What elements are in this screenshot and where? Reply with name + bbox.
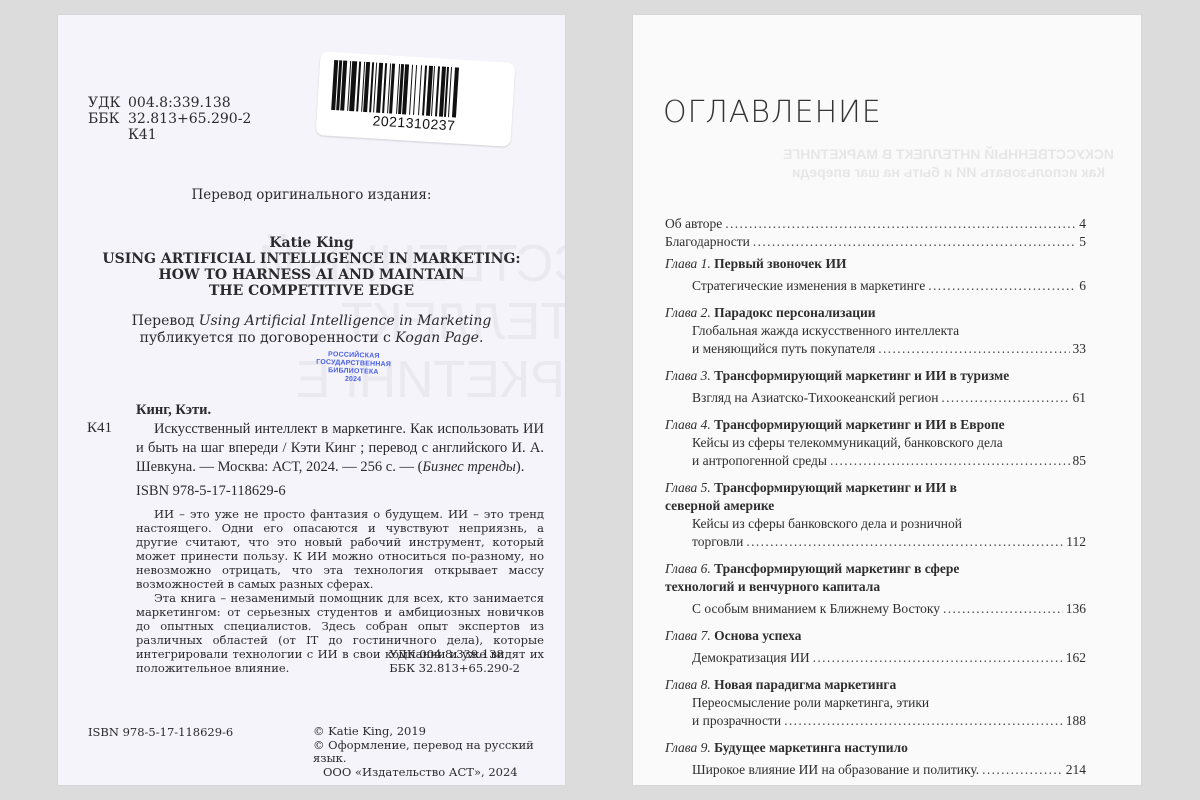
toc-chapter: Глава 8. Новая парадигма маркетингаПерео…	[665, 676, 1086, 730]
toc-entry[interactable]: и меняющийся путь покупателя33	[692, 340, 1086, 358]
toc-chapter: Глава 4. Трансформирующий маркетинг и ИИ…	[665, 416, 1086, 470]
original-title: USING ARTIFICIAL INTELLIGENCE IN MARKETI…	[58, 251, 565, 299]
library-stamp: РОССИЙСКАЯ ГОСУДАРСТВЕННАЯ БИБЛИОТЕКА 20…	[315, 351, 391, 386]
toc-entry-title: торговли	[692, 533, 743, 551]
toc-entry-title: и меняющийся путь покупателя	[692, 340, 875, 358]
toc-page-number: 136	[1066, 600, 1086, 618]
toc-entry[interactable]: торговли112	[692, 533, 1086, 551]
toc-chapter: Глава 7. Основа успехаДемократизация ИИ1…	[665, 627, 1086, 667]
ghost-line: ИСКУССТВЕННЫЙ ИНТЕЛЛЕКТ В МАРКЕТИНГЕ	[783, 145, 1114, 163]
bbk-value: 32.813+65.290-2	[128, 111, 251, 127]
chapter-number: Глава 7.	[665, 628, 711, 643]
dot-leader	[753, 233, 1076, 251]
bottom-bbk: ББК 32.813+65.290-2	[389, 661, 520, 675]
chapter-subtitle: С особым вниманием к Ближнему Востоку136	[665, 600, 1086, 618]
chapter-number: Глава 1.	[665, 256, 711, 271]
chapter-heading[interactable]: Глава 2. Парадокс персонализации	[665, 304, 1086, 322]
chapter-heading[interactable]: Глава 7. Основа успеха	[665, 627, 1086, 645]
chapter-title: Трансформирующий маркетинг и ИИ в Европе	[714, 417, 1004, 432]
chapter-heading[interactable]: Глава 9. Будущее маркетинга наступило	[665, 739, 1086, 757]
chapter-heading[interactable]: Глава 3. Трансформирующий маркетинг и ИИ…	[665, 367, 1086, 385]
chapter-heading[interactable]: Глава 8. Новая парадигма маркетинга	[665, 676, 1086, 694]
original-edition-label: Перевод оригинального издания:	[58, 187, 565, 203]
copyright-line: © Katie King, 2019	[313, 725, 565, 739]
chapter-number: Глава 4.	[665, 417, 711, 432]
copyright-line: © Оформление, перевод на русский язык.	[313, 739, 565, 766]
table-of-contents: Об авторе4Благодарности5Глава 1. Первый …	[665, 215, 1086, 785]
chapter-title: Будущее маркетинга наступило	[714, 740, 908, 755]
toc-entry[interactable]: Стратегические изменения в маркетинге6	[692, 277, 1086, 295]
note-publisher: Kogan Page	[395, 330, 479, 346]
bbk-key: ББК	[88, 111, 128, 127]
toc-entry[interactable]: Благодарности5	[665, 233, 1086, 251]
copyright-page: ИСКУССТВЕННЫЙ ИНТЕЛЛЕКТ В МАРКЕТИНГЕ УДК…	[58, 15, 565, 785]
dot-leader	[784, 712, 1063, 730]
toc-page-number: 5	[1079, 233, 1086, 251]
chapter-heading[interactable]: Глава 4. Трансформирующий маркетинг и ИИ…	[665, 416, 1086, 434]
toc-page-number: 61	[1073, 389, 1087, 407]
udk-row: УДК 004.8:339.138	[88, 95, 251, 111]
toc-entry-title: Взгляд на Азиатско-Тихоокеанский регион	[692, 389, 938, 407]
dot-leader	[830, 452, 1070, 470]
bleed-through-text: ИСКУССТВЕННЫЙ ИНТЕЛЛЕКТ В МАРКЕТИНГЕ Как…	[783, 145, 1114, 181]
toc-entry-title: и прозрачности	[692, 712, 781, 730]
chapter-title: Первый звоночек ИИ	[714, 256, 846, 271]
chapter-subtitle-line: Кейсы из сферы телекоммуникаций, банковс…	[692, 434, 1086, 452]
original-title-line: HOW TO HARNESS AI AND MAINTAIN	[58, 267, 565, 283]
bottom-udk: УДК 004.8:339.138	[389, 647, 520, 661]
chapter-title: Трансформирующий маркетинг и ИИ в туризм…	[714, 368, 1009, 383]
note-text: публикуется по договоренности с	[140, 330, 396, 346]
toc-page-number: 6	[1079, 277, 1086, 295]
toc-page-number: 188	[1066, 712, 1086, 730]
chapter-subtitle: Демократизация ИИ162	[665, 649, 1086, 667]
stamp-line: 2024	[315, 375, 390, 386]
chapter-number: Глава 9.	[665, 740, 711, 755]
chapter-title: Парадокс персонализации	[714, 305, 875, 320]
chapter-title: Основа успеха	[714, 628, 801, 643]
chapter-number: Глава 5.	[665, 480, 711, 495]
toc-entry[interactable]: Широкое влияние ИИ на образование и поли…	[692, 761, 1086, 779]
udk-key: УДК	[88, 95, 128, 111]
dot-leader	[982, 761, 1063, 779]
toc-entry-title: Стратегические изменения в маркетинге	[692, 277, 925, 295]
catalog-author: Кинг, Кэти.	[136, 402, 211, 419]
toc-entry-title: Благодарности	[665, 233, 750, 251]
dot-leader	[813, 649, 1063, 667]
dot-leader	[725, 215, 1076, 233]
author-mark-row: К41	[88, 127, 251, 143]
classification-codes: УДК 004.8:339.138 ББК 32.813+65.290-2 К4…	[88, 95, 251, 143]
chapter-heading[interactable]: Глава 6. Трансформирующий маркетинг в сф…	[665, 560, 995, 596]
dot-leader	[878, 340, 1069, 358]
toc-entry[interactable]: Об авторе4	[665, 215, 1086, 233]
chapter-number: Глава 6.	[665, 561, 711, 576]
chapter-heading[interactable]: Глава 5. Трансформирующий маркетинг и ИИ…	[665, 479, 995, 515]
chapter-subtitle: Кейсы из сферы банковского дела и рознич…	[665, 515, 1086, 551]
toc-chapter: Глава 6. Трансформирующий маркетинг в сф…	[665, 560, 1086, 618]
ghost-line: Как использовать ИИ и быть на шаг вперед…	[783, 163, 1114, 181]
toc-page-number: 4	[1079, 215, 1086, 233]
chapter-subtitle: Переосмысление роли маркетинга, этикии п…	[665, 694, 1086, 730]
catalog-description: Искусственный интеллект в маркетинге. Ка…	[136, 420, 544, 477]
toc-entry-title: Демократизация ИИ	[692, 649, 810, 667]
copyright-line: ООО «Издательство АСТ», 2024	[313, 766, 565, 780]
publishing-note: Перевод Using Artificial Intelligence in…	[58, 313, 565, 347]
toc-chapter: Глава 1. Первый звоночек ИИСтратегически…	[665, 255, 1086, 295]
chapter-heading[interactable]: Глава 1. Первый звоночек ИИ	[665, 255, 1086, 273]
original-title-line: THE COMPETITIVE EDGE	[58, 283, 565, 299]
copyright-notices: © Katie King, 2019 © Оформление, перевод…	[313, 725, 565, 779]
dot-leader	[941, 389, 1069, 407]
toc-page-number: 162	[1066, 649, 1086, 667]
catalog-code: К41	[87, 420, 112, 437]
chapter-subtitle: Взгляд на Азиатско-Тихоокеанский регион6…	[665, 389, 1086, 407]
toc-entry[interactable]: и антропогенной среды85	[692, 452, 1086, 470]
toc-page-number: 214	[1066, 761, 1086, 779]
toc-chapter: Глава 5. Трансформирующий маркетинг и ИИ…	[665, 479, 1086, 551]
bottom-classification: УДК 004.8:339.138 ББК 32.813+65.290-2	[389, 647, 520, 675]
toc-entry[interactable]: С особым вниманием к Ближнему Востоку136	[692, 600, 1086, 618]
toc-entry-title: Об авторе	[665, 215, 722, 233]
chapter-number: Глава 3.	[665, 368, 711, 383]
chapter-number: Глава 2.	[665, 305, 711, 320]
chapter-subtitle: Кейсы из сферы телекоммуникаций, банковс…	[665, 434, 1086, 470]
note-text: .	[479, 330, 483, 346]
chapter-subtitle-line: Переосмысление роли маркетинга, этики	[692, 694, 1086, 712]
note-title: Using Artificial Intelligence in Marketi…	[199, 313, 492, 329]
toc-entry-title: С особым вниманием к Ближнему Востоку	[692, 600, 940, 618]
catalog-isbn: ISBN 978-5-17-118629-6	[136, 483, 286, 500]
toc-chapter: Глава 9. Будущее маркетинга наступилоШир…	[665, 739, 1086, 779]
chapter-subtitle: Стратегические изменения в маркетинге6	[665, 277, 1086, 295]
toc-page-number: 112	[1066, 533, 1086, 551]
chapter-subtitle-line: Глобальная жажда искусственного интеллек…	[692, 322, 1086, 340]
dot-leader	[746, 533, 1063, 551]
catalog-desc-text: ).	[516, 459, 524, 475]
toc-page-number: 33	[1073, 340, 1087, 358]
toc-entry[interactable]: Демократизация ИИ162	[692, 649, 1086, 667]
toc-entry[interactable]: Взгляд на Азиатско-Тихоокеанский регион6…	[692, 389, 1086, 407]
barcode-sticker: 2021310237	[316, 51, 516, 147]
bbk-row: ББК 32.813+65.290-2	[88, 111, 251, 127]
toc-entry[interactable]: и прозрачности188	[692, 712, 1086, 730]
abstract-paragraph: ИИ – это уже не просто фантазия о будуще…	[136, 507, 544, 591]
toc-page-number: 85	[1073, 452, 1087, 470]
contents-page: ИСКУССТВЕННЫЙ ИНТЕЛЛЕКТ В МАРКЕТИНГЕ Как…	[633, 15, 1141, 785]
udk-value: 004.8:339.138	[128, 95, 231, 111]
dot-leader	[943, 600, 1063, 618]
author-mark-value: К41	[128, 127, 157, 143]
toc-chapter: Глава 2. Парадокс персонализацииГлобальн…	[665, 304, 1086, 358]
toc-entry-title: Широкое влияние ИИ на образование и поли…	[692, 761, 979, 779]
chapter-number: Глава 8.	[665, 677, 711, 692]
original-title-line: USING ARTIFICIAL INTELLIGENCE IN MARKETI…	[58, 251, 565, 267]
page-title: ОГЛАВЛЕНИЕ	[663, 95, 882, 131]
ghost-line: В МАРКЕТИНГЕ	[258, 351, 565, 409]
bottom-isbn: ISBN 978-5-17-118629-6	[88, 725, 233, 739]
dot-leader	[928, 277, 1076, 295]
original-author: Katie King	[58, 235, 565, 251]
note-text: Перевод	[132, 313, 199, 329]
toc-entry-title: и антропогенной среды	[692, 452, 827, 470]
author-mark-key	[88, 127, 128, 143]
chapter-title: Новая парадигма маркетинга	[714, 677, 896, 692]
catalog-series: Бизнес тренды	[422, 459, 515, 475]
toc-chapter: Глава 3. Трансформирующий маркетинг и ИИ…	[665, 367, 1086, 407]
chapter-subtitle: Широкое влияние ИИ на образование и поли…	[665, 761, 1086, 779]
chapter-subtitle-line: Кейсы из сферы банковского дела и рознич…	[692, 515, 1086, 533]
chapter-subtitle: Глобальная жажда искусственного интеллек…	[665, 322, 1086, 358]
